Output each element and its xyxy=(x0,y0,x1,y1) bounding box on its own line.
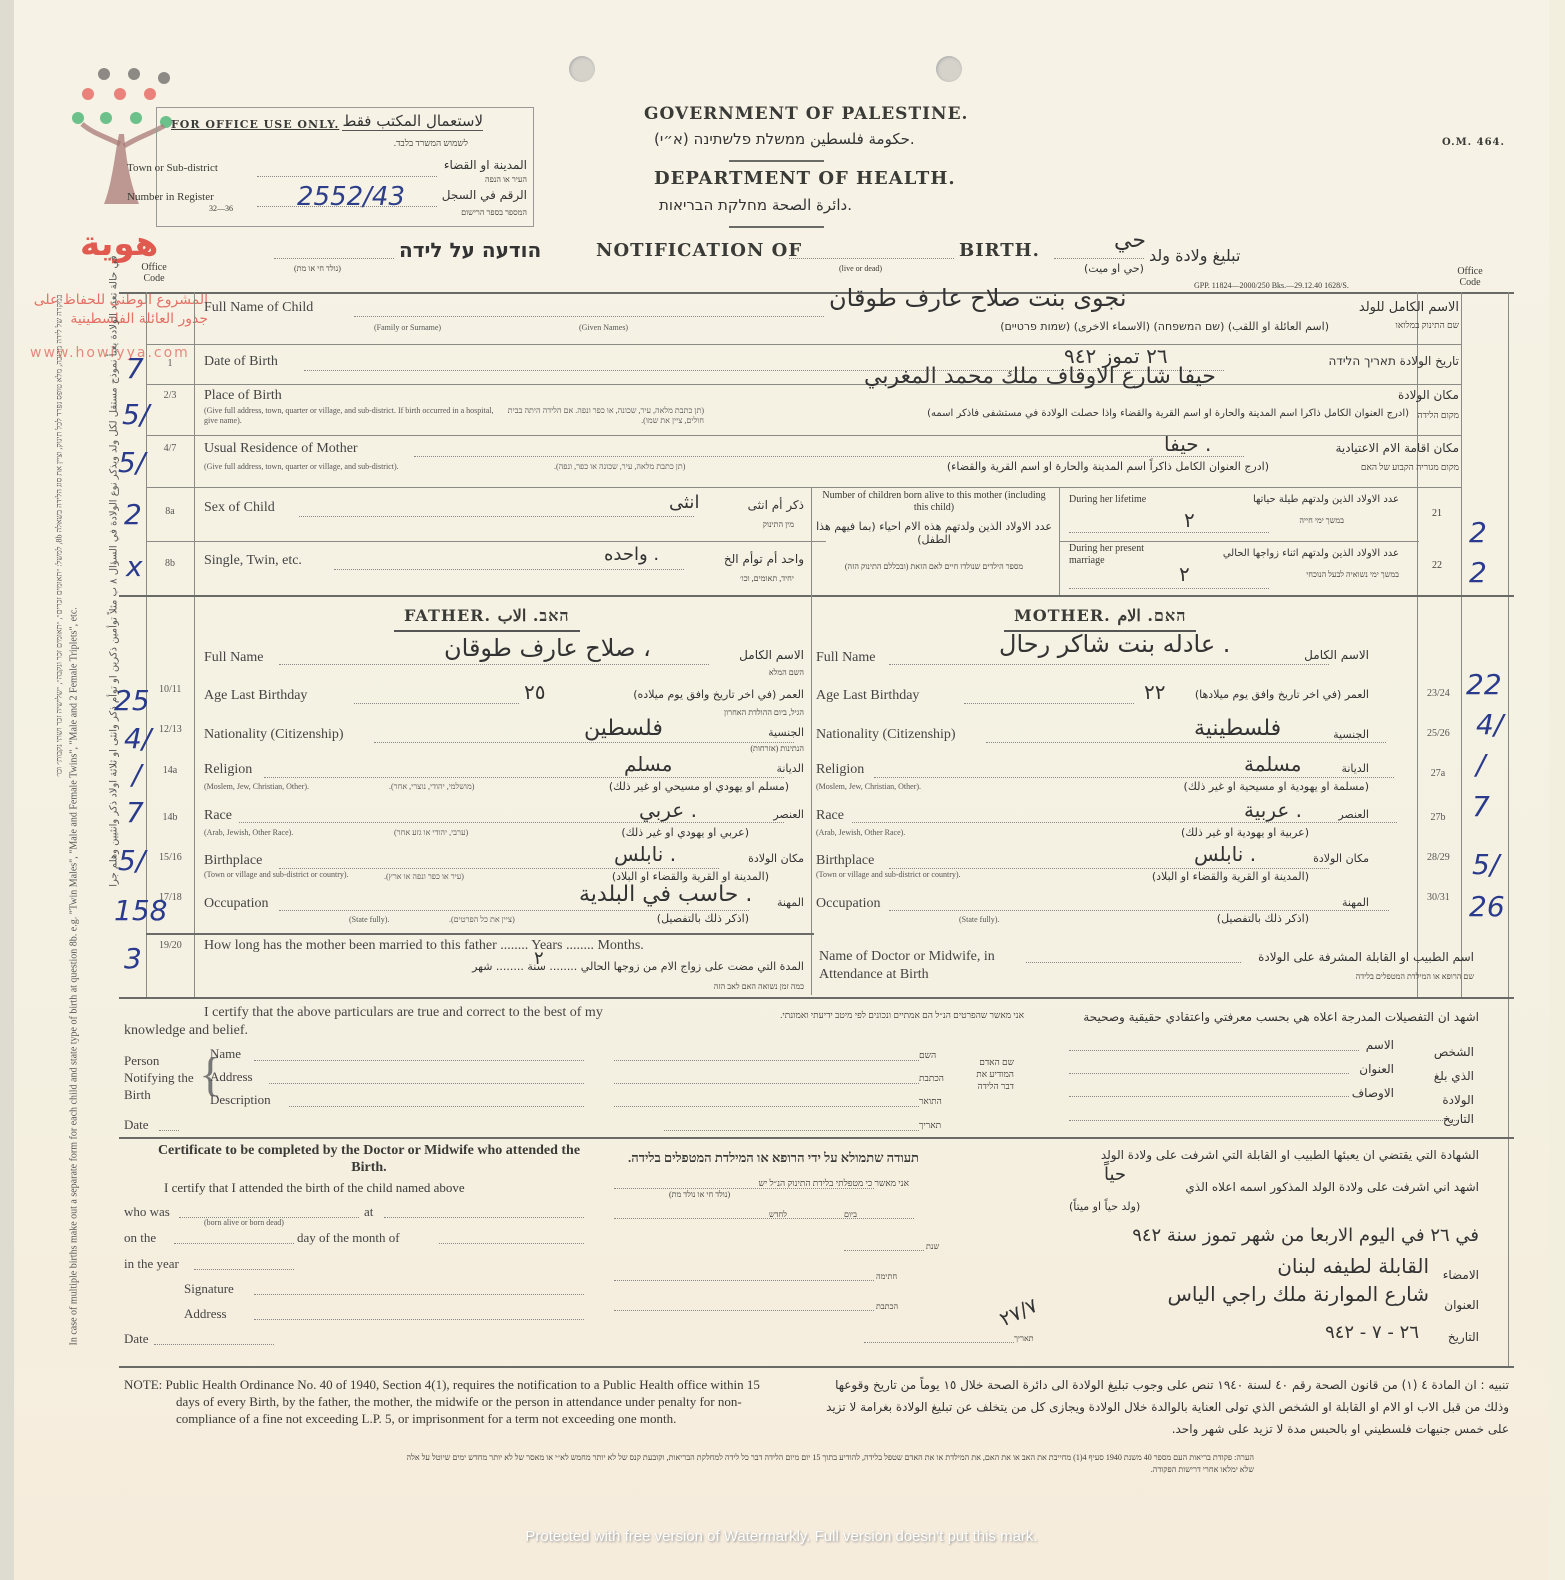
mother-race-field[interactable]: عربية . xyxy=(1244,798,1302,822)
mother-occ-code: 30/31 xyxy=(1427,892,1449,903)
father-nat-he: הנתינות (אזרחות) xyxy=(750,744,804,753)
notification-title-ar: تبليغ ولادة ولد xyxy=(1149,246,1240,265)
father-occ-he-hint: (ציין את כל הפרטים). xyxy=(449,915,515,924)
ar-address-label: العنوان xyxy=(1359,1062,1394,1076)
office-use-title-ar: لاستعمال المكتب فقط xyxy=(342,112,483,131)
mother-age-code: 23/24 xyxy=(1427,688,1449,699)
he-signature-label: חתימה xyxy=(876,1272,897,1281)
office-use-title: FOR OFFICE USE ONLY. xyxy=(171,118,339,131)
mother-religion-field[interactable]: مسلمة xyxy=(1244,752,1301,776)
midwife-address-field[interactable]: شارع الموارنة ملك راجي الياس xyxy=(1167,1282,1429,1306)
doctor-cert-title-ar: الشهادة التي يقتضي ان يعبئها الطبيب او ا… xyxy=(1101,1148,1479,1162)
father-occ-hint: (State fully). xyxy=(349,915,389,924)
pob-label-he: מקום הלידה xyxy=(1417,410,1459,420)
marriage-duration-label: How long has the mother been married to … xyxy=(204,938,644,954)
sex-label-he: מין התינוק xyxy=(763,520,794,529)
dept-title: DEPARTMENT OF HEALTH. xyxy=(654,168,956,189)
mother-age-ar: العمر (في اخر تاريخ وافق يوم ميلادها) xyxy=(1195,688,1369,701)
father-race-hint: (Arab, Jewish, Other Race). xyxy=(204,828,293,837)
town-label: Town or Sub-district xyxy=(127,162,218,174)
he-date-label-2: תאריך xyxy=(1014,1334,1034,1343)
office-mark-left: 5/ xyxy=(118,446,145,479)
mother-rel-label: Religion xyxy=(816,762,864,778)
live-or-dead-field[interactable]: حي xyxy=(1114,228,1146,253)
marriage-duration-ar: المدة التي مضت على زواج الام من زوجها ال… xyxy=(472,960,804,973)
mother-occ-hint: (State fully). xyxy=(959,915,999,924)
notifier-description-label: Description xyxy=(210,1092,271,1108)
father-occ-ar-hint: (اذكر ذلك بالتفصيل) xyxy=(657,912,749,925)
father-race-ar: العنصر xyxy=(773,808,804,821)
office-mark-left: 2 xyxy=(124,498,142,531)
doctor-cert-title-he: תעודה שתמולא על ידי הרופא או המילדת המטפ… xyxy=(628,1150,919,1166)
scan-left-edge xyxy=(0,0,14,1580)
office-mark-left: 4/ xyxy=(124,722,151,755)
marriage-count-field[interactable]: ٢ xyxy=(1179,562,1190,586)
father-race-code: 14b xyxy=(159,812,181,823)
he-address-label: הכתבת xyxy=(919,1073,944,1083)
mother-race-ar-hint: (عربية او يهودية او غير ذلك) xyxy=(1181,826,1309,839)
he-day-label: ביום xyxy=(844,1210,857,1219)
father-bp-hint: (Town or village and sub-district or cou… xyxy=(204,870,354,879)
mother-full-name-field[interactable]: عادله بنت شاكر رحال . xyxy=(999,630,1230,658)
given-names-hint: (Given Names) xyxy=(579,323,628,332)
pob-label-ar: مكان الولادة xyxy=(1398,388,1459,402)
mother-race-label: Race xyxy=(816,808,844,824)
mother-bp-code: 28/29 xyxy=(1427,852,1449,863)
ar-name-label: الاسم xyxy=(1366,1038,1394,1052)
live-or-dead-hint: (live or dead) xyxy=(839,264,882,273)
he-year-label: שנת xyxy=(926,1242,939,1251)
office-mark-left: 5/ xyxy=(122,398,149,431)
he-cert-line1: אני מאשר כי מטפלתי בלידת התינוק הנ״ל יש xyxy=(758,1178,909,1188)
residence-hint: (Give full address, town, quarter or vil… xyxy=(204,462,399,471)
doctor-name-label: Name of Doctor or Midwife, in Attendance… xyxy=(819,948,1039,984)
office-mark-right: 7 xyxy=(1472,790,1490,823)
residence-he-hint: (תן כתבת מלאה, עיר, שכונה או כפר, ונפה). xyxy=(554,462,685,471)
office-mark-left: x xyxy=(126,550,143,583)
register-label-ar: الرقم في السجل xyxy=(442,188,527,202)
residence-field[interactable]: حيفا . xyxy=(1164,432,1211,456)
father-nat-label: Nationality (Citizenship) xyxy=(204,727,344,743)
mother-rel-code: 27a xyxy=(1427,768,1449,779)
ar-address-label-2: العنوان xyxy=(1444,1298,1479,1312)
child-full-name-label: Full Name of Child xyxy=(204,300,313,316)
midwife-signature-field[interactable]: القابلة لطيفه لبنان xyxy=(1277,1254,1429,1278)
office-use-box: FOR OFFICE USE ONLY. لاستعمال المكتب فقط… xyxy=(156,107,534,227)
mother-full-name-ar: الاسم الكامل xyxy=(1304,648,1369,662)
ar-date-label-2: التاريخ xyxy=(1448,1330,1479,1344)
father-rel-hint: (Moslem, Jew, Christian, Other). xyxy=(204,782,309,791)
sex-label: Sex of Child xyxy=(204,500,275,516)
dept-title-ar-he: دائرة الصحة מחלקת הבריאות. xyxy=(659,196,852,214)
notification-title-right: BIRTH. xyxy=(959,240,1040,261)
born-alive-field[interactable]: حياً xyxy=(1104,1164,1126,1185)
office-mark-right: 5/ xyxy=(1472,848,1499,881)
residence-ar-hint: (ادرج العنوان الكامل ذاكراً اسم المدينة … xyxy=(947,460,1269,473)
residence-label-ar: مكان اقامة الام الاعتيادية xyxy=(1335,441,1459,455)
ar-cert-line1: اشهد اني اشرفت على ولادة الولد المذكور ا… xyxy=(1185,1180,1479,1194)
certificate-date-field[interactable]: ٢٦ - ٧ - ٩٤٢ xyxy=(1325,1322,1419,1343)
mother-occ-ar-hint: (اذكر ذلك بالتفصيل) xyxy=(1217,912,1309,925)
watermarkly-footer: Protected with free version of Watermark… xyxy=(14,1528,1549,1545)
marriage-count-label: During her present marriage xyxy=(1069,543,1149,567)
handwritten-annotation: ٢٧/٧ xyxy=(996,1293,1041,1331)
lifetime-label-he: במשך ימי חייה xyxy=(1299,516,1344,525)
mother-bp-ar-hint: (المدينة او القرية والقضاء او البلاد) xyxy=(1152,870,1309,883)
family-name-hint: (Family or Surname) xyxy=(374,323,441,332)
father-rel-ar: الديانة xyxy=(776,762,804,775)
doctor-date-label: Date xyxy=(124,1331,149,1347)
father-rel-label: Religion xyxy=(204,762,252,778)
father-rel-he-hint: (מושלמי, יהודי, נוצרי, אחר). xyxy=(389,782,474,791)
sex-label-ar: ذكر أم انثى xyxy=(748,498,804,512)
gov-title: GOVERNMENT OF PALESTINE. xyxy=(644,104,968,124)
mother-nat-code: 25/26 xyxy=(1427,728,1449,739)
mother-nat-label: Nationality (Citizenship) xyxy=(816,727,956,743)
gov-title-ar-he: حكومة فلسطين ממשלת פלשתינה (א״י). xyxy=(654,130,915,148)
birth-notification-form: هوية المشروع الوطني للحفاظ على جذور العا… xyxy=(14,0,1549,1580)
pob-he-hint: (תן כתבת מלאה, עיר, שכונה, או כפר ונפה. … xyxy=(504,406,704,426)
day-month-label: day of the month of xyxy=(297,1230,400,1246)
mother-birthplace-field[interactable]: نابلس . xyxy=(1194,842,1256,866)
father-rel-ar-hint: (مسلم او يهودي او مسيحي او غير ذلك) xyxy=(609,780,789,793)
father-birthplace-field[interactable]: نابلس . xyxy=(614,842,676,866)
father-occupation-field[interactable]: حاسب في البلدية . xyxy=(579,882,752,907)
single-code: 8b xyxy=(159,558,181,569)
office-mark-right: 2 xyxy=(1469,556,1487,589)
pob-ar-hint: (ادرج العنوان الكامل ذاكراً اسم المدينة … xyxy=(789,408,1409,419)
mother-heading: MOTHER. האם. الام xyxy=(1004,606,1196,632)
mother-occ-ar: المهنة xyxy=(1342,896,1369,909)
father-religion-field[interactable]: مسلم xyxy=(624,752,673,776)
mother-rel-ar: الديانة xyxy=(1341,762,1369,775)
mother-race-code: 27b xyxy=(1427,812,1449,823)
father-age-ar: العمر (في اخر تاريخ وافق يوم ميلاده) xyxy=(633,688,804,701)
note-label: NOTE: xyxy=(124,1377,162,1392)
mother-nat-field[interactable]: فلسطينية xyxy=(1194,716,1281,741)
mother-rel-hint: (Moslem, Jew, Christian, Other). xyxy=(816,782,921,791)
office-mark-left: 3 xyxy=(124,942,142,975)
office-mark-right: 2 xyxy=(1469,516,1487,549)
residence-label: Usual Residence of Mother xyxy=(204,441,358,457)
children-count-label-he: מספר הילדים שנולדו חיים לאם הזאת (ובכללם… xyxy=(824,562,1044,571)
marriage-duration-he: כמה זמן נשואה האם לאב הזה xyxy=(714,982,804,991)
child-full-name-label-he: שם התינוק במלואו xyxy=(1396,320,1459,330)
mother-full-name-label: Full Name xyxy=(816,650,876,666)
father-full-name-field[interactable]: صلاح عارف طوقان ، xyxy=(444,634,651,662)
father-heading: FATHER. האב. الاب xyxy=(394,606,580,632)
office-mark-left: 158 xyxy=(114,894,167,927)
doctor-cert-line1: I certify that I attended the birth of t… xyxy=(149,1180,465,1196)
lifetime-label-ar: عدد الاولاد الذين ولدتهم طيلة حياتها xyxy=(1253,494,1399,505)
father-age-code: 10/11 xyxy=(159,684,181,695)
mother-bp-label: Birthplace xyxy=(816,853,874,869)
father-age-he: הגיל, ביום ההולדת האחרון xyxy=(724,708,804,717)
ar-date-label: التاريخ xyxy=(1443,1112,1474,1126)
who-was-label: who was xyxy=(124,1204,170,1220)
pob-field[interactable]: حيفا شارع الاوقاف ملك محمد المغربي xyxy=(864,364,1216,389)
father-occ-label: Occupation xyxy=(204,896,269,912)
single-label: Single, Twin, etc. xyxy=(204,553,302,569)
print-reference: GPP. 11824—2000/250 Bks.—29.12.40 1628/S… xyxy=(1194,281,1349,290)
office-mark-left: 5/ xyxy=(118,844,145,877)
office-mark-left: 7 xyxy=(126,796,144,829)
father-race-label: Race xyxy=(204,808,232,824)
office-mark-right: 22 xyxy=(1466,668,1502,701)
register-label: Number in Register xyxy=(127,191,214,203)
register-label-he: המספר בספר הרישום xyxy=(461,208,527,217)
doctor-cert-title: Certificate to be completed by the Docto… xyxy=(139,1142,599,1176)
marriage-count-label-he: במשך ימי נשואיה לבעל הנוכחי xyxy=(1306,570,1399,579)
mother-age-field[interactable]: ٢٢ xyxy=(1144,680,1165,704)
father-age-label: Age Last Birthday xyxy=(204,688,307,704)
residence-code: 4/7 xyxy=(159,443,181,454)
notifier-name-label: Name xyxy=(210,1046,241,1062)
father-bp-ar: مكان الولادة xyxy=(748,852,804,865)
mother-race-hint: (Arab, Jewish, Other Race). xyxy=(816,828,905,837)
office-mark-left: 25 xyxy=(114,684,150,717)
notification-he-hint: (נולד חי או מת) xyxy=(294,264,341,273)
he-month-label: לחדש xyxy=(769,1210,787,1219)
marriage-years-field[interactable]: ٢ xyxy=(534,948,544,969)
residence-label-he: מקום מגוריה הקבוע של האם xyxy=(1361,462,1459,472)
father-full-name-ar: الاسم الكامل xyxy=(739,648,804,662)
father-bp-code: 15/16 xyxy=(159,852,181,863)
mother-race-ar: العنصر xyxy=(1338,808,1369,821)
he-address-label-2: הכתבת xyxy=(876,1302,898,1311)
sex-field[interactable]: انثى xyxy=(669,492,699,513)
dob-code: 1 xyxy=(159,358,181,369)
form-code: O.M. 464. xyxy=(1442,137,1505,148)
mother-nat-ar: الجنسية xyxy=(1333,728,1369,741)
father-nat-field[interactable]: فلسطين xyxy=(584,716,663,741)
sex-code: 8a xyxy=(159,506,181,517)
pob-hint: (Give full address, town, quarter or vil… xyxy=(204,406,504,426)
doctor-name-he: שם הרופא או המילדת המטפלים בלידה xyxy=(1356,972,1474,981)
town-label-ar: المدينة او القضاء xyxy=(444,158,527,172)
doctor-address-label: Address xyxy=(184,1306,227,1322)
register-sub: 32—36 xyxy=(209,204,233,213)
marriage-count-label-ar: عدد الاولاد الذين ولدتهم اثناء زواجها ال… xyxy=(1223,548,1399,559)
notifier-address-label: Address xyxy=(210,1069,253,1085)
doctor-name-ar: اسم الطبيب او القابلة المشرفة على الولاد… xyxy=(1258,950,1474,964)
mother-bp-ar: مكان الولادة xyxy=(1313,852,1369,865)
ar-signature-label: الامضاء xyxy=(1443,1268,1479,1282)
father-age-field[interactable]: ٢٥ xyxy=(524,680,545,704)
dob-label-ar: تاريخ الولادة תאריך הלידה xyxy=(1328,354,1459,368)
mother-bp-hint: (Town or village and sub-district or cou… xyxy=(816,870,966,879)
he-desc-label: התואר xyxy=(919,1096,942,1106)
office-code-right-header: Office Code xyxy=(1450,266,1490,288)
marriage-count-code: 22 xyxy=(1432,560,1442,571)
multiple-births-side-note-ar: في حالة تعدد الولادة يعبأ نموذج مستقل لك… xyxy=(109,256,120,1336)
at-label: at xyxy=(364,1204,373,1220)
father-race-field[interactable]: عربي . xyxy=(639,798,697,822)
multiple-births-side-note: In case of multiple births make out a se… xyxy=(69,266,80,1346)
he-person-label: שם האדם המודיע את דבר הלידה xyxy=(964,1056,1014,1092)
office-mark-left: 7 xyxy=(126,352,144,385)
lifetime-label: During her lifetime xyxy=(1069,494,1146,505)
father-race-he-hint: (ערבי, יהודי או גזע אחר) xyxy=(394,828,468,837)
notification-title-left: NOTIFICATION OF xyxy=(596,240,802,261)
pob-label: Place of Birth xyxy=(204,388,282,404)
mother-rel-ar-hint: (مسلمة او يهودية او مسيحية او غير ذلك) xyxy=(1184,780,1369,793)
notification-title-he: הודעה על לידה xyxy=(399,238,541,262)
on-the-label: on the xyxy=(124,1230,156,1246)
town-label-he: העיר או הנפה xyxy=(485,175,527,184)
register-number-field[interactable]: 2552/43 xyxy=(297,182,405,212)
notifier-date-label: Date xyxy=(124,1117,149,1133)
child-full-name-label-ar: الاسم الكامل للولد xyxy=(1359,300,1459,315)
single-label-ar: واحد أم توأم الخ xyxy=(724,552,804,566)
note-he: הערה: פקודת בריאות העם מספר 40 משנת 1940… xyxy=(394,1452,1254,1476)
ar-person-label: الشخص الذي بلغ الولادة xyxy=(1424,1040,1474,1112)
office-code-left-header: Office Code xyxy=(134,262,174,284)
in-year-label: in the year xyxy=(124,1256,179,1272)
he-born-hint: (נולד חי או נולד מת) xyxy=(669,1190,730,1199)
live-or-dead-ar-hint: (حي او ميت) xyxy=(1084,262,1144,275)
lifetime-count-field[interactable]: ٢ xyxy=(1184,508,1195,532)
punch-hole xyxy=(569,56,595,82)
ar-born-hint: (ولد حياً او ميتاً) xyxy=(1069,1200,1140,1213)
office-mark-left: / xyxy=(132,758,141,791)
children-count-label: Number of children born alive to this mo… xyxy=(814,490,1054,514)
single-twin-field[interactable]: واحده . xyxy=(604,544,659,565)
office-mark-right: / xyxy=(1476,748,1485,781)
marriage-code: 19/20 xyxy=(159,940,181,951)
father-full-name-he: השם המלא xyxy=(769,668,804,677)
punch-hole xyxy=(936,56,962,82)
father-nat-ar: الجنسية xyxy=(768,726,804,739)
signature-label: Signature xyxy=(184,1281,234,1297)
child-name-ar-hint: (اسم العائلة او اللقب) (שם המשפחה) (الاس… xyxy=(1000,320,1329,333)
father-race-ar-hint: (عربي او يهودي او غير ذلك) xyxy=(621,826,749,839)
mother-age-label: Age Last Birthday xyxy=(816,688,919,704)
certify-text: I certify that the above particulars are… xyxy=(124,1004,604,1040)
mother-occ-label: Occupation xyxy=(816,896,881,912)
note-en: NOTE: Public Health Ordinance No. 40 of … xyxy=(124,1376,764,1427)
dob-label: Date of Birth xyxy=(204,354,278,370)
birth-date-line-field[interactable]: في ٢٦ في اليوم الاربعا من شهر تموز سنة ٩… xyxy=(1132,1225,1479,1246)
father-bp-label: Birthplace xyxy=(204,853,262,869)
he-name-label: השם xyxy=(919,1050,936,1060)
child-full-name-field[interactable]: نجوى بنت صلاح عارف طوقان xyxy=(829,284,1127,312)
multiple-births-side-note-he: במקרה של לידה מרובה, מלא טופס נפרד לכל ת… xyxy=(55,295,64,1295)
ar-desc-label: الاوصاف xyxy=(1352,1086,1394,1100)
certify-text-ar: اشهد ان التفصيلات المدرجة اعلاه هي بحسب … xyxy=(1083,1010,1479,1024)
father-occ-ar: المهنة xyxy=(777,896,804,909)
born-alive-hint: (born alive or born dead) xyxy=(204,1218,284,1227)
father-nat-code: 12/13 xyxy=(159,724,181,735)
single-label-he: יחיד, תאומים, וכו׳ xyxy=(740,574,794,583)
father-rel-code: 14a xyxy=(159,765,181,776)
father-bp-he-hint: (עיר או כפר ונפה או ארץ). xyxy=(384,872,464,881)
children-count-label-ar: عدد الاولاد الذين ولدتهم هذه الام احياء … xyxy=(814,520,1054,546)
pob-code: 2/3 xyxy=(159,390,181,401)
certify-text-he: אני מאשר שהפרטים הנ״ל הם אמתיים ונכונים … xyxy=(780,1010,1024,1020)
note-text: Public Health Ordinance No. 40 of 1940, … xyxy=(166,1377,760,1426)
office-mark-right: 4/ xyxy=(1476,708,1503,741)
office-use-title-he: לשמוש המשרד בלבד. xyxy=(394,138,468,148)
lifetime-code: 21 xyxy=(1432,508,1442,519)
he-date-label: תאריך xyxy=(919,1120,941,1130)
father-full-name-label: Full Name xyxy=(204,650,264,666)
person-notifying-label: Person Notifying the Birth xyxy=(124,1052,204,1103)
note-ar: تنبيه : ان المادة ٤ (١) من قانون الصحة ر… xyxy=(809,1374,1509,1440)
office-mark-right: 26 xyxy=(1469,890,1505,923)
